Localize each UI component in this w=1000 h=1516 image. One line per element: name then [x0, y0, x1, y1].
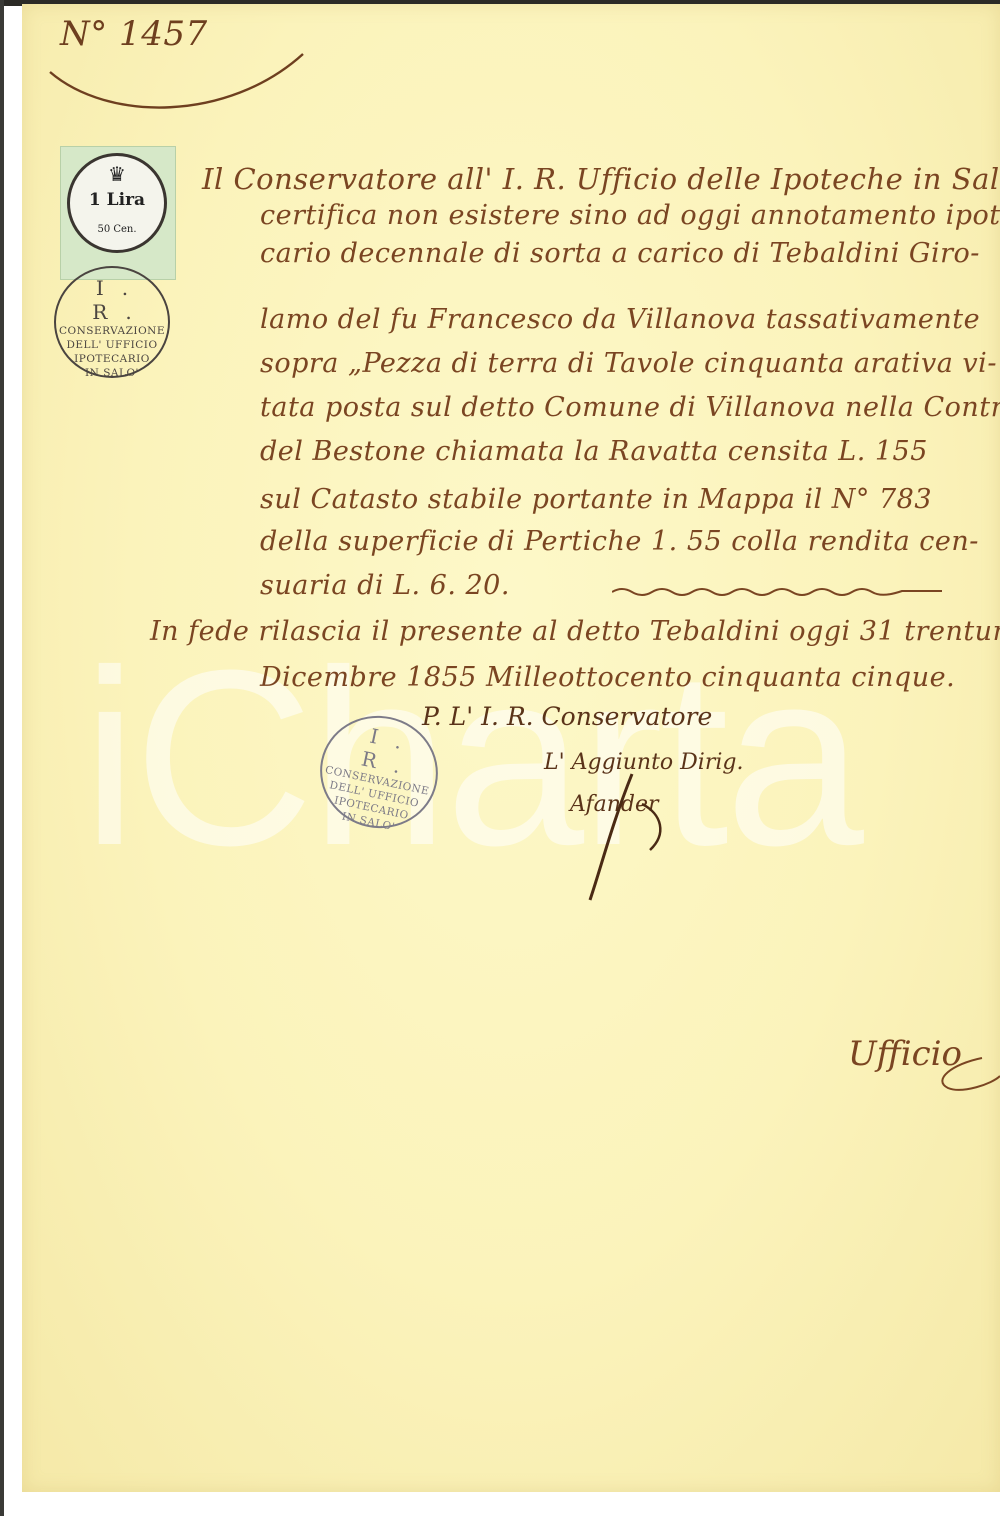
body-line: tata posta sul detto Comune di Villanova… — [260, 392, 1000, 423]
body-line: suaria di L. 6. 20. — [260, 570, 510, 601]
body-line: lamo del fu Francesco da Villanova tassa… — [260, 304, 980, 335]
body-line: certifica non esistere sino ad oggi anno… — [260, 200, 1000, 231]
document-page: iCharta N° 1457 ♛ 1 Lira 50 Cen. I. R. C… — [22, 4, 1000, 1492]
body-line: Il Conservatore all' I. R. Ufficio delle… — [202, 162, 1000, 196]
signature-flourish — [562, 764, 682, 904]
double-headed-eagle-icon: ♛ — [108, 162, 126, 187]
seal-initials: I. R. — [56, 276, 168, 324]
body-line: cario decennale di sorta a carico di Teb… — [260, 238, 980, 269]
seal-line: DELL' UFFICIO — [56, 338, 168, 352]
signature-title: P. L' I. R. Conservatore — [422, 702, 712, 731]
stamp-medallion: ♛ 1 Lira 50 Cen. — [67, 153, 167, 253]
body-line: sul Catasto stabile portante in Mappa il… — [260, 484, 932, 515]
seal-line: IN SALO' — [56, 366, 168, 380]
flourish-underline — [48, 42, 308, 112]
line-filler-flourish — [612, 582, 942, 598]
stamp-sub-value: 50 Cen. — [70, 224, 164, 235]
scan-border-left — [0, 0, 4, 1516]
closing-line: In fede rilascia il presente al detto Te… — [150, 616, 1000, 647]
revenue-stamp: ♛ 1 Lira 50 Cen. — [60, 146, 176, 280]
office-seal-top: I. R. CONSERVAZIONE DELL' UFFICIO IPOTEC… — [54, 266, 170, 378]
margin-signature-flourish — [922, 1054, 1000, 1094]
seal-line: CONSERVAZIONE — [56, 324, 168, 338]
stamp-value: 1 Lira — [70, 190, 164, 210]
body-line: sopra „Pezza di terra di Tavole cinquant… — [260, 348, 997, 379]
seal-line: IPOTECARIO — [56, 352, 168, 366]
body-line: del Bestone chiamata la Ravatta censita … — [260, 436, 928, 467]
body-line: della superficie di Pertiche 1. 55 colla… — [260, 526, 979, 557]
closing-line: Dicembre 1855 Milleottocento cinquanta c… — [260, 662, 955, 693]
